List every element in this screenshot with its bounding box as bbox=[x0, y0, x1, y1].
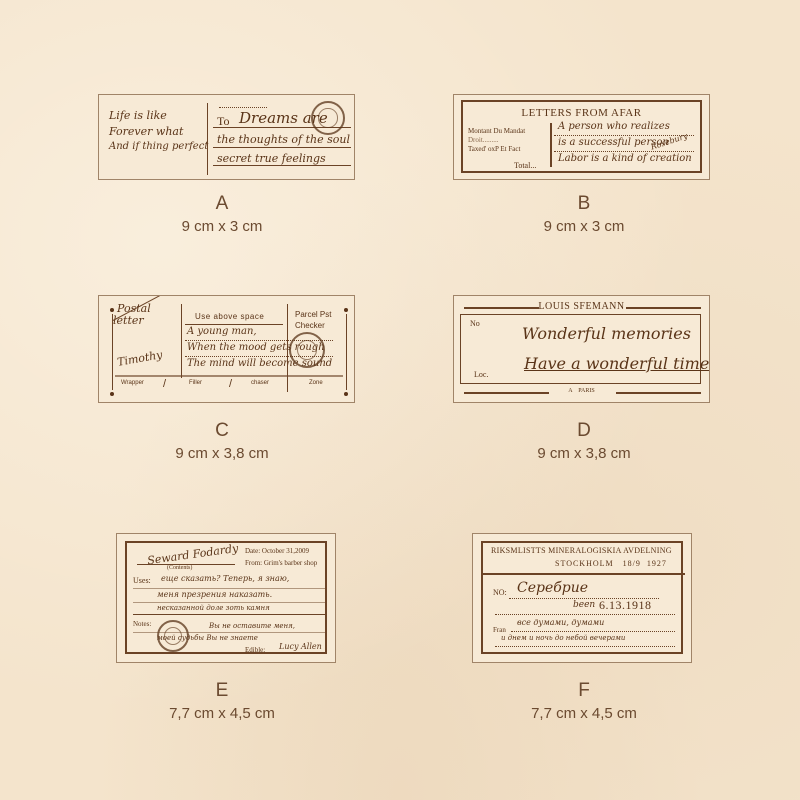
left-line-2: Forever what bbox=[109, 125, 183, 138]
contents-label: (Contents) bbox=[167, 565, 192, 571]
field-1: Montant Du Mandat bbox=[468, 127, 525, 135]
rule bbox=[133, 602, 325, 603]
header-rule bbox=[481, 573, 685, 575]
label-letter: D bbox=[484, 420, 684, 442]
field-2: Droit......... bbox=[468, 136, 499, 144]
postmark-stamp-icon bbox=[311, 101, 345, 135]
card-title: LETTERS FROM AFAR bbox=[454, 107, 709, 119]
line-2: Have a wonderful time bbox=[524, 354, 709, 373]
line-1: все думами, думами bbox=[517, 618, 604, 627]
signature: Timothy bbox=[116, 348, 163, 369]
label-b: B 9 cm x 3 cm bbox=[484, 193, 684, 237]
label-letter: B bbox=[484, 193, 684, 215]
dotted-rule bbox=[219, 107, 267, 108]
footer-filler: Filler bbox=[189, 380, 202, 386]
footer-zone: Zone bbox=[309, 380, 323, 386]
divider-left bbox=[181, 304, 182, 378]
rule-2 bbox=[213, 147, 351, 148]
rule bbox=[495, 646, 675, 647]
side-rule bbox=[346, 314, 347, 390]
name: Серебрие bbox=[517, 580, 588, 596]
uses-line-3: несказанной доле зоть камня bbox=[157, 604, 270, 612]
rule bbox=[133, 614, 325, 615]
rule bbox=[511, 631, 675, 632]
card-a[interactable]: Life is like Forever what And if thing p… bbox=[98, 94, 355, 180]
date: 6.13.1918 bbox=[599, 598, 652, 613]
card-title: RIKSMLISTTS MINERALOGISKIA AVDELNING bbox=[491, 546, 672, 555]
card-f[interactable]: RIKSMLISTTS MINERALOGISKIA AVDELNING STO… bbox=[472, 533, 692, 663]
label-letter: A bbox=[122, 193, 322, 215]
from: From: Grim's barber shop bbox=[245, 559, 317, 567]
corner-dot bbox=[344, 392, 348, 396]
label-letter: C bbox=[122, 420, 322, 442]
rule bbox=[495, 614, 675, 615]
date-prefix: been bbox=[573, 600, 595, 610]
line-3: secret true feelings bbox=[217, 152, 326, 165]
label-a: A 9 cm x 3 cm bbox=[122, 193, 322, 237]
rule-2 bbox=[554, 151, 694, 152]
line-1: A person who realizes bbox=[558, 121, 670, 132]
field-3: Taxed' oxP Et Fact bbox=[468, 145, 520, 153]
card-b[interactable]: LETTERS FROM AFAR Montant Du Mandat Droi… bbox=[453, 94, 710, 180]
uses-line-1: еще сказать? Теперь, я знаю, bbox=[161, 574, 289, 583]
corner-dot bbox=[110, 308, 114, 312]
footer-slash: / bbox=[163, 378, 166, 390]
label-size: 7,7 cm x 4,5 cm bbox=[122, 704, 322, 724]
rule bbox=[133, 632, 325, 633]
corner-dot bbox=[110, 392, 114, 396]
notes-line-1: Вы не оставите меня, bbox=[209, 622, 295, 630]
divider-right bbox=[287, 304, 288, 392]
left-line-1: Life is like bbox=[109, 109, 167, 122]
signature-2: Lucy Allen bbox=[279, 642, 322, 651]
label-letter: E bbox=[122, 680, 322, 702]
card-d[interactable]: LOUIS SFEMANN No Wonderful memories Loc.… bbox=[453, 295, 710, 403]
fran-label: Fran bbox=[493, 626, 506, 634]
header: Use above space bbox=[195, 312, 264, 321]
line-3: Labor is a kind of creation bbox=[558, 153, 692, 164]
card-c[interactable]: Postal letter Timothy Use above space A … bbox=[98, 295, 355, 403]
no-label: No bbox=[470, 319, 480, 328]
right-header-1: Parcel Pst bbox=[295, 310, 331, 319]
corner-title-2: letter bbox=[113, 314, 144, 327]
right-header-2: Checker bbox=[295, 321, 325, 330]
footer-chaser: chaser bbox=[251, 380, 269, 386]
label-d: D 9 cm x 3,8 cm bbox=[484, 420, 684, 464]
label-size: 7,7 cm x 4,5 cm bbox=[484, 704, 684, 724]
line-2: и днем и ночь до небой вечерами bbox=[501, 634, 625, 642]
uses-label: Uses: bbox=[133, 576, 151, 585]
line-1: A young man, bbox=[187, 326, 257, 337]
left-line-3: And if thing perfect bbox=[109, 141, 208, 152]
subtitle: STOCKHOLM 18/9 1927 bbox=[555, 559, 667, 568]
postmark-stamp-icon bbox=[289, 332, 325, 368]
rule bbox=[133, 588, 325, 589]
total-label: Total... bbox=[514, 161, 536, 170]
card-e[interactable]: Seward Fodardy (Contents) Date: October … bbox=[116, 533, 336, 663]
edible-label: Edible: bbox=[245, 646, 265, 654]
footer-slash: / bbox=[229, 378, 232, 390]
notes-label: Notes: bbox=[133, 620, 151, 628]
uses-line-2: меня презрения наказать. bbox=[157, 590, 272, 599]
divider bbox=[550, 123, 552, 167]
label-f: F 7,7 cm x 4,5 cm bbox=[484, 680, 684, 724]
label-e: E 7,7 cm x 4,5 cm bbox=[122, 680, 322, 724]
divider bbox=[207, 103, 208, 175]
line-2: the thoughts of the soul bbox=[217, 133, 350, 146]
top-rule bbox=[626, 307, 701, 309]
corner-dot bbox=[344, 308, 348, 312]
notes-line-2: моей судьбы Вы не знаете bbox=[157, 634, 258, 642]
no-label: NO: bbox=[493, 588, 507, 597]
loc-label: Loc. bbox=[474, 370, 488, 379]
label-c: C 9 cm x 3,8 cm bbox=[122, 420, 322, 464]
bottom-rule bbox=[616, 392, 701, 394]
rule-3 bbox=[213, 165, 351, 166]
line-1: Wonderful memories bbox=[522, 324, 691, 343]
header-rule bbox=[185, 324, 283, 325]
label-size: 9 cm x 3 cm bbox=[484, 217, 684, 237]
label-letter: F bbox=[484, 680, 684, 702]
label-size: 9 cm x 3 cm bbox=[122, 217, 322, 237]
label-size: 9 cm x 3,8 cm bbox=[484, 444, 684, 464]
label-size: 9 cm x 3,8 cm bbox=[122, 444, 322, 464]
footer-rule bbox=[115, 375, 343, 377]
footer-wrapper: Wrapper bbox=[121, 380, 144, 386]
date: Date: October 31,2009 bbox=[245, 547, 309, 555]
